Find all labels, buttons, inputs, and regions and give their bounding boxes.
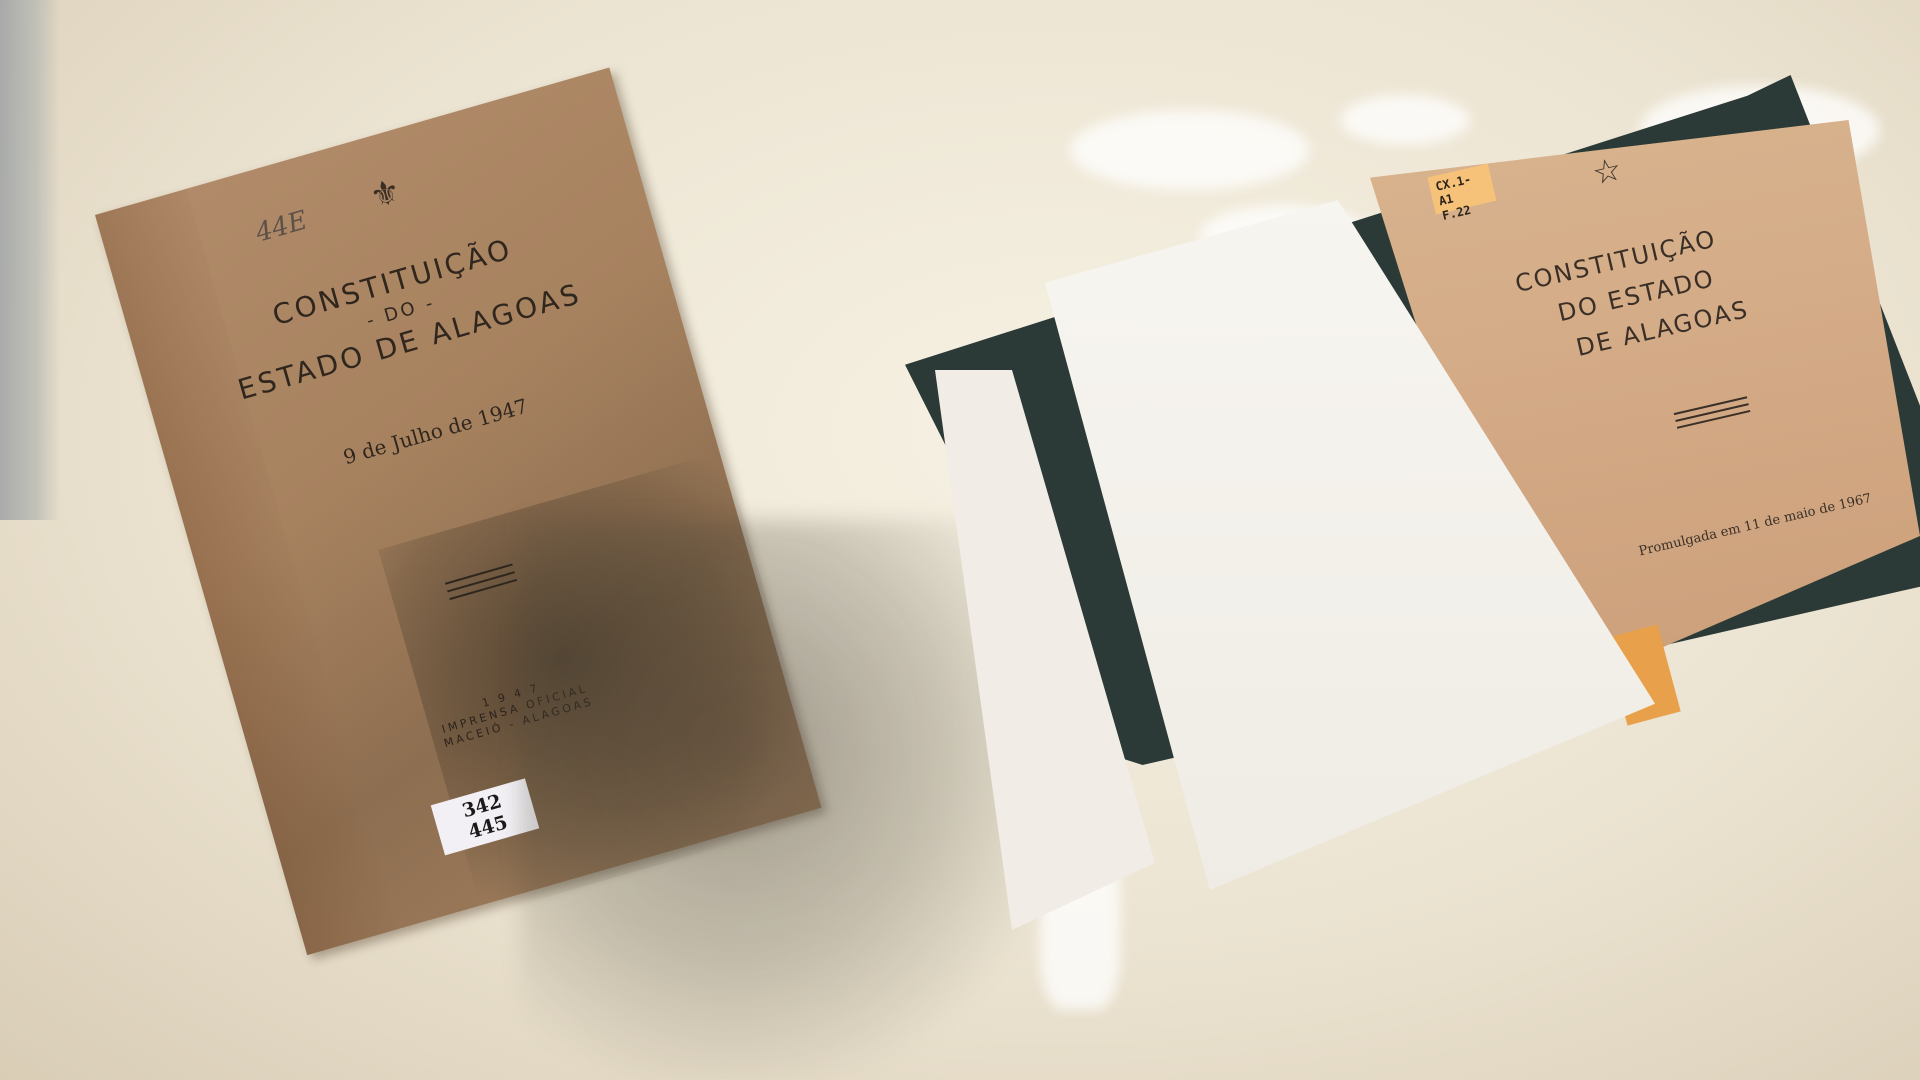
- display-case-scene: 44E ⚜ CONSTITUIÇÃO - DO - ESTADO DE ALAG…: [0, 0, 1920, 1080]
- coat-of-arms-icon: ☆: [1589, 149, 1626, 192]
- handwritten-note: 44E: [252, 205, 310, 248]
- page-title: CONSTITUIÇÃO DO ESTADO DE ALAGOAS: [1511, 216, 1752, 377]
- promulgation-date: Promulgada em 11 de maio de 1967: [1637, 491, 1873, 559]
- coat-of-arms-icon: ⚜: [361, 169, 412, 222]
- shelf-label: CX.1-A1 F.22: [1427, 164, 1496, 215]
- display-frame-shadow: [0, 0, 60, 520]
- title-line-2: - DO -: [141, 228, 661, 396]
